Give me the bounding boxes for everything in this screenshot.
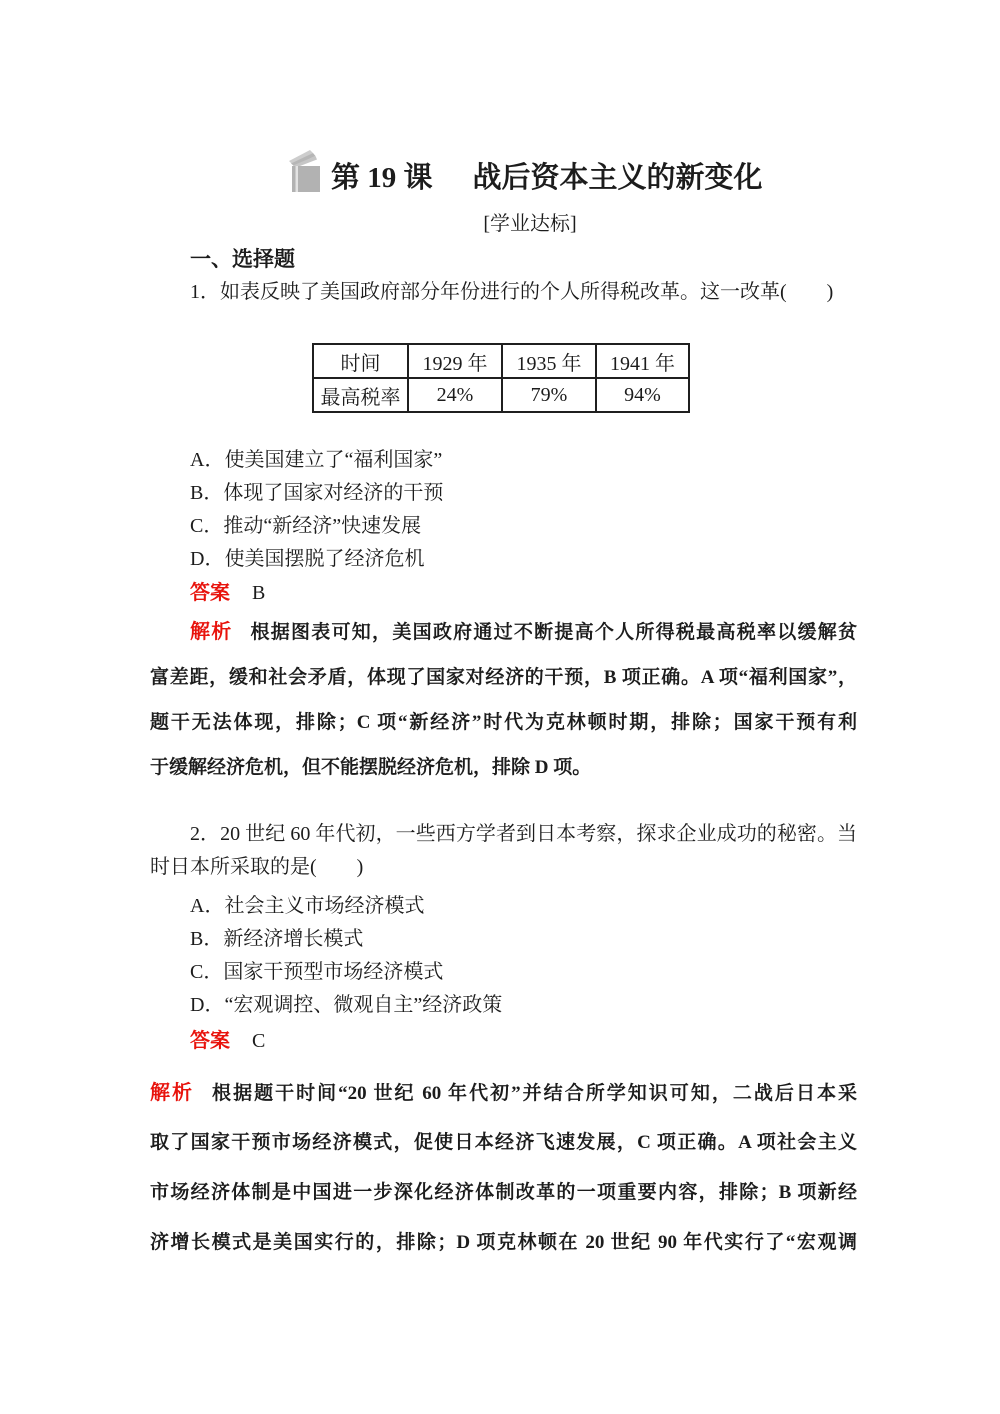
question-2-answer-row: 答案C xyxy=(190,1025,265,1058)
question-2-options: A．社会主义市场经济模式 B．新经济增长模式 C．国家干预型市场经济模式 D．“… xyxy=(190,890,502,1022)
analysis-line: 富差距，缓和社会矛盾，体现了国家对经济的干预，B 项正确。A 项“福利国家”， xyxy=(150,655,857,700)
tax-rate-table: 时间 1929 年 1935 年 1941 年 最高税率 24% 79% 94% xyxy=(312,343,690,413)
table-cell: 1935 年 xyxy=(502,344,596,378)
subtitle-badge: [学业达标] xyxy=(0,210,1000,238)
analysis-line: 济增长模式是美国实行的，排除；D 项克林顿在 20 世纪 90 年代实行了“宏观… xyxy=(150,1218,857,1268)
analysis-line: 解析根据图表可知，美国政府通过不断提高个人所得税最高税率以缓解贫 xyxy=(190,610,857,655)
section-heading: 一、选择题 xyxy=(190,243,295,276)
answer-value: B xyxy=(252,582,265,604)
course-number: 第 19 课 xyxy=(331,162,433,194)
table-cell: 94% xyxy=(596,378,689,412)
question-1-stem: 1．如表反映了美国政府部分年份进行的个人所得税改革。这一改革( ) xyxy=(190,276,833,309)
question-1-options: A．使美国建立了“福利国家” B．体现了国家对经济的干预 C．推动“新经济”快速… xyxy=(190,444,443,576)
answer-label: 答案 xyxy=(190,582,230,604)
answer-value: C xyxy=(252,1030,265,1052)
analysis-line: 于缓解经济危机，但不能摆脱经济危机，排除 D 项。 xyxy=(150,745,857,790)
analysis-line: 市场经济体制是中国进一步深化经济体制改革的一项重要内容，排除；B 项新经 xyxy=(150,1168,857,1218)
document-page: 第 19 课战后资本主义的新变化 [学业达标] 一、选择题 1．如表反映了美国政… xyxy=(0,0,1000,1414)
table-cell: 最高税率 xyxy=(313,378,408,412)
analysis-label: 解析 xyxy=(190,621,233,643)
analysis-line: 题干无法体现，排除；C 项“新经济”时代为克林顿时期，排除；国家干预有利 xyxy=(150,700,857,745)
option-d: D．“宏观调控、微观自主”经济政策 xyxy=(190,989,502,1022)
page-title: 第 19 课战后资本主义的新变化 xyxy=(331,158,763,198)
table-row: 时间 1929 年 1935 年 1941 年 xyxy=(313,344,689,378)
analysis-line: 解析根据题干时间“20 世纪 60 年代初”并结合所学知识可知，二战后日本采 xyxy=(150,1068,857,1119)
analysis-line: 取了国家干预市场经济模式，促使日本经济飞速发展，C 项正确。A 项社会主义 xyxy=(150,1118,857,1168)
table-cell: 24% xyxy=(408,378,502,412)
question-1-answer-row: 答案B xyxy=(190,577,265,610)
stem-line: 时日本所采取的是( ) xyxy=(150,851,363,884)
option-b: B．新经济增长模式 xyxy=(190,923,502,956)
option-c: C．国家干预型市场经济模式 xyxy=(190,956,502,989)
table-cell: 时间 xyxy=(313,344,408,378)
table-cell: 1929 年 xyxy=(408,344,502,378)
answer-label: 答案 xyxy=(190,1030,230,1052)
option-b: B．体现了国家对经济的干预 xyxy=(190,477,443,510)
course-title: 战后资本主义的新变化 xyxy=(473,162,763,194)
book-icon xyxy=(286,148,324,194)
stem-line: 2．20 世纪 60 年代初，一些西方学者到日本考察，探求企业成功的秘密。当 xyxy=(190,818,857,851)
analysis-label: 解析 xyxy=(150,1082,194,1104)
option-a: A．社会主义市场经济模式 xyxy=(190,890,502,923)
option-a: A．使美国建立了“福利国家” xyxy=(190,444,443,477)
table-row: 最高税率 24% 79% 94% xyxy=(313,378,689,412)
analysis-text: 根据题干时间“20 世纪 60 年代初”并结合所学知识可知，二战后日本采 xyxy=(212,1083,857,1104)
analysis-text: 根据图表可知，美国政府通过不断提高个人所得税最高税率以缓解贫 xyxy=(251,622,857,643)
table-cell: 79% xyxy=(502,378,596,412)
option-d: D．使美国摆脱了经济危机 xyxy=(190,543,443,576)
table-cell: 1941 年 xyxy=(596,344,689,378)
option-c: C．推动“新经济”快速发展 xyxy=(190,510,443,543)
